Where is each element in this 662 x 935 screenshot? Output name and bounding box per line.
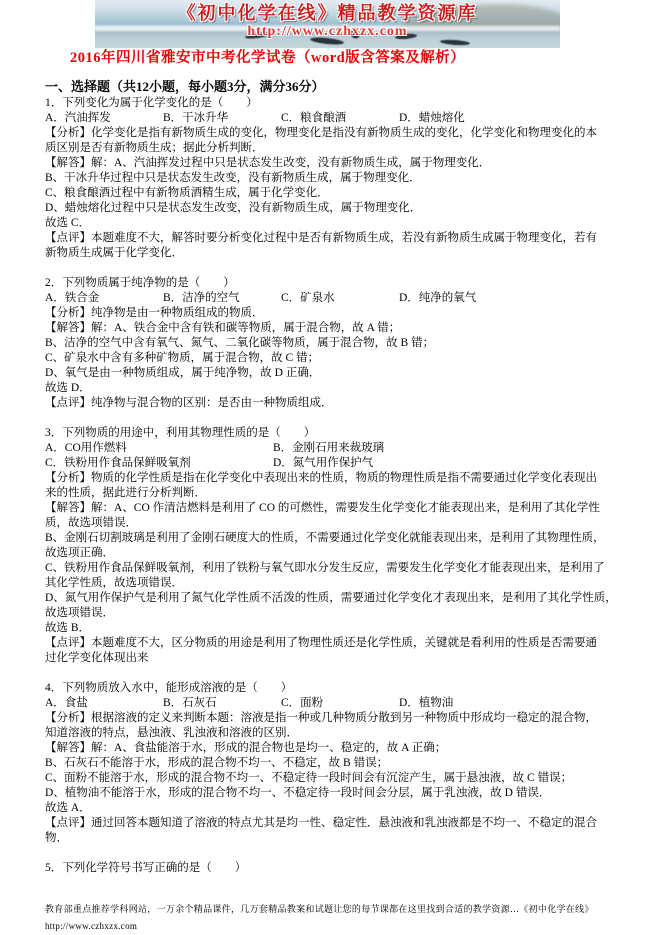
text-line: 1．下列变化为属于化学变化的是（ ）	[45, 96, 651, 111]
text-line: C、铁粉用作食品保鲜吸氧剂，利用了铁粉与氧气即水分发生反应，需要发生化学变化才能…	[45, 561, 651, 576]
text-line: 【点评】本题难度不大，解答时要分析变化过程中是否有新物质生成，若没有新物质生成属…	[45, 231, 651, 246]
text-line: 来的性质，据此进行分析判断．	[45, 486, 651, 501]
question-block-q5: 5．下列化学符号书写正确的是（ ）	[45, 861, 651, 876]
banner-image: 《初中化学在线》精品教学资源库 http://www.czhxzx.com	[95, 0, 560, 48]
section-heading: 一、选择题（共12小题，每小题3分，满分36分）	[45, 79, 325, 95]
text-line: 故选项错误．	[45, 606, 651, 621]
text-line: 故选 A．	[45, 801, 651, 816]
text-line: 【分析】物质的化学性质是指在化学变化中表现出来的性质，物质的物理性质是指不需要通…	[45, 471, 651, 486]
question-block-q3: 3．下列物质的用途中，利用其物理性质的是（ ）A．CO用作燃料B．金刚石用来裁玻…	[45, 426, 651, 666]
answer-option: B．金刚石用来裁玻璃	[273, 441, 384, 456]
answer-option: B．石灰石	[163, 696, 281, 711]
text-line: 【点评】本题难度不大，区分物质的用途是利用了物理性质还是化学性质，关键就是看利用…	[45, 636, 651, 651]
text-line: 知道溶液的特点，悬浊液、乳浊液和溶液的区别．	[45, 726, 651, 741]
text-line: 【分析】化学变化是指有新物质生成的变化，物理变化是指没有新物质生成的变化，化学变…	[45, 126, 651, 141]
text-line: 过化学变化体现出来	[45, 651, 651, 666]
answer-option: D．蜡烛熔化	[399, 111, 465, 126]
text-line: 质，故选项错误．	[45, 516, 651, 531]
text-line: 【分析】根据溶液的定义来判断本题：溶液是指一种或几种物质分散到另一种物质中形成均…	[45, 711, 651, 726]
answer-option: A．汽油挥发	[45, 111, 163, 126]
options-line: C．铁粉用作食品保鲜吸氧剂D．氮气用作保护气	[45, 456, 651, 471]
question-blocks: 1．下列变化为属于化学变化的是（ ）A．汽油挥发B．干冰升华C．粮食酿酒D．蜡烛…	[45, 96, 651, 891]
question-block-q2: 2．下列物质属于纯净物的是（ ）A．铁合金B．洁净的空气C．矿泉水D．纯净的氧气…	[45, 276, 651, 411]
answer-option: D．氮气用作保护气	[273, 456, 373, 471]
banner-site-title: 《初中化学在线》精品教学资源库	[95, 3, 560, 24]
text-line: B、干冰升华过程中只是状态发生改变，没有新物质生成，属于物理变化．	[45, 171, 651, 186]
answer-option: C．铁粉用作食品保鲜吸氧剂	[45, 456, 273, 471]
document-title: 2016年四川省雅安市中考化学试卷（word版含答案及解析）	[70, 49, 465, 68]
text-line: 物．	[45, 831, 651, 846]
options-line: A．食盐B．石灰石C．面粉D．植物油	[45, 696, 651, 711]
text-line: C、粮食酿酒过程中有新物质酒精生成，属于化学变化．	[45, 186, 651, 201]
text-line: 【解答】解：A、CO 作清洁燃料是利用了 CO 的可燃性，需要发生化学变化才能表…	[45, 501, 651, 516]
text-line: 【解答】解：A、食盐能溶于水，形成的混合物也是均一、稳定的，故 A 正确；	[45, 741, 651, 756]
text-line: 故选 C．	[45, 216, 651, 231]
page: { "banner": { "title": "《初中化学在线》精品教学资源库"…	[0, 0, 662, 935]
text-line: 【解答】解：A、汽油挥发过程中只是状态发生改变，没有新物质生成，属于物理变化．	[45, 156, 651, 171]
answer-option: A．CO用作燃料	[45, 441, 273, 456]
text-line: D、氧气是由一种物质组成，属于纯净物，故 D 正确．	[45, 366, 651, 381]
options-line: A．CO用作燃料B．金刚石用来裁玻璃	[45, 441, 651, 456]
options-line: A．铁合金B．洁净的空气C．矿泉水D．纯净的氧气	[45, 291, 651, 306]
banner-site-url: http://www.czhxzx.com	[95, 24, 560, 40]
text-line: 3．下列物质的用途中，利用其物理性质的是（ ）	[45, 426, 651, 441]
text-line: 【点评】通过回答本题知道了溶液的特点尤其是均一性、稳定性．悬浊液和乳浊液都是不均…	[45, 816, 651, 831]
answer-option: D．植物油	[399, 696, 453, 711]
question-block-q4: 4．下列物质放入水中，能形成溶液的是（ ）A．食盐B．石灰石C．面粉D．植物油【…	[45, 681, 651, 846]
text-line: 【点评】纯净物与混合物的区别：是否由一种物质组成．	[45, 396, 651, 411]
answer-option: C．矿泉水	[281, 291, 399, 306]
text-line: 质区别是否有新物质生成；据此分析判断．	[45, 141, 651, 156]
footer-promo-text: 教育部重点推荐学科网站，一万余个精品课件，几万套精品教案和试题让您的每节课都在这…	[45, 901, 642, 935]
answer-option: A．铁合金	[45, 291, 163, 306]
answer-option: A．食盐	[45, 696, 163, 711]
text-line: D、蜡烛熔化过程中只是状态发生改变，没有新物质生成，属于物理变化．	[45, 201, 651, 216]
options-line: A．汽油挥发B．干冰升华C．粮食酿酒D．蜡烛熔化	[45, 111, 651, 126]
text-line: 其化学性质，故选项错误．	[45, 576, 651, 591]
text-line: B、石灰石不能溶于水，形成的混合物不均一、不稳定，故 B 错误；	[45, 756, 651, 771]
text-line: 【解答】解：A、铁合金中含有铁和碳等物质，属于混合物，故 A 错；	[45, 321, 651, 336]
text-line: D、植物油不能溶于水，形成的混合物不均一、不稳定待一段时间会分层，属于乳浊液，故…	[45, 786, 651, 801]
text-line: C、矿泉水中含有多种矿物质，属于混合物，故 C 错；	[45, 351, 651, 366]
answer-option: C．面粉	[281, 696, 399, 711]
question-block-q1: 1．下列变化为属于化学变化的是（ ）A．汽油挥发B．干冰升华C．粮食酿酒D．蜡烛…	[45, 96, 651, 261]
text-line: 故选 B．	[45, 621, 651, 636]
answer-option: B．洁净的空气	[163, 291, 281, 306]
dolphin-silhouette	[440, 39, 470, 46]
answer-option: B．干冰升华	[163, 111, 281, 126]
text-line: B、洁净的空气中含有氧气、氮气、二氧化碳等物质，属于混合物，故 B 错；	[45, 336, 651, 351]
text-line: 2．下列物质属于纯净物的是（ ）	[45, 276, 651, 291]
text-line: C、面粉不能溶于水，形成的混合物不均一、不稳定待一段时间会有沉淀产生，属于悬浊液…	[45, 771, 651, 786]
text-line: 【分析】纯净物是由一种物质组成的物质．	[45, 306, 651, 321]
answer-option: C．粮食酿酒	[281, 111, 399, 126]
text-line: 5．下列化学符号书写正确的是（ ）	[45, 861, 651, 876]
text-line: D、氮气用作保护气是利用了氮气化学性质不活泼的性质，需要通过化学变化才表现出来，…	[45, 591, 651, 606]
text-line: B、金刚石切割玻璃是利用了金刚石硬度大的性质，不需要通过化学变化就能表现出来，是…	[45, 531, 651, 546]
text-line: 新物质生成属于化学变化．	[45, 246, 651, 261]
text-line: 故选项正确．	[45, 546, 651, 561]
text-line: 故选 D．	[45, 381, 651, 396]
answer-option: D．纯净的氧气	[399, 291, 476, 306]
text-line: 4．下列物质放入水中，能形成溶液的是（ ）	[45, 681, 651, 696]
